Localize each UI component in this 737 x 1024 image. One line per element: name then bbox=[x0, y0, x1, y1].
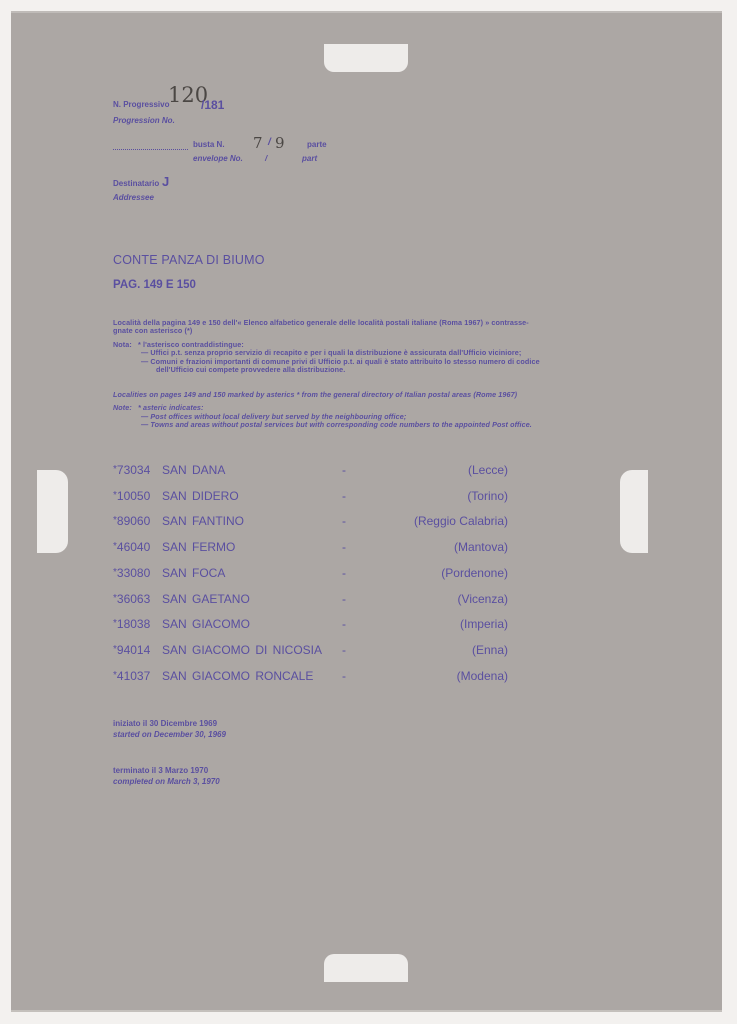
postal-code: *94014 bbox=[113, 643, 150, 657]
province: (Imperia) bbox=[460, 617, 508, 631]
addressee-label-en: Addressee bbox=[113, 193, 154, 202]
postal-code: *33080 bbox=[113, 566, 150, 580]
locality-row: *46040SAN FERMO-(Mantova) bbox=[113, 540, 508, 558]
start-date-en: started on December 30, 1969 bbox=[113, 729, 226, 740]
separator-dash: - bbox=[342, 617, 346, 631]
punch-notch-left bbox=[37, 470, 68, 553]
note-en-item2: — Towns and areas without postal service… bbox=[113, 421, 613, 429]
postal-code: *10050 bbox=[113, 489, 150, 503]
punch-notch-bottom bbox=[324, 954, 408, 982]
locality-row: *18038SAN GIACOMO-(Imperia) bbox=[113, 617, 508, 635]
locality-name: SAN DIDERO bbox=[162, 489, 239, 503]
separator-dash: - bbox=[342, 643, 346, 657]
note-it-label: Nota: bbox=[113, 340, 132, 349]
note-en-label: Note: bbox=[113, 403, 132, 412]
postal-code: *89060 bbox=[113, 514, 150, 528]
note-it-item2b: dell'Ufficio cui compete provvedere alla… bbox=[113, 366, 613, 374]
envelope-label-en: envelope No. bbox=[193, 154, 243, 163]
progressive-total: /181 bbox=[201, 98, 224, 112]
postal-code-value: 73034 bbox=[117, 463, 150, 477]
envelope-number: 7 bbox=[253, 134, 263, 152]
postal-code-value: 89060 bbox=[117, 514, 150, 528]
completion-date-it: terminato il 3 Marzo 1970 bbox=[113, 765, 220, 776]
separator-dash: - bbox=[342, 540, 346, 554]
addressee-label: Destinatario bbox=[113, 179, 159, 188]
locality-row: *10050SAN DIDERO-(Torino) bbox=[113, 489, 508, 507]
locality-name: SAN DANA bbox=[162, 463, 225, 477]
separator-dash: - bbox=[342, 669, 346, 683]
separator-dash: - bbox=[342, 463, 346, 477]
locality-row: *41037SAN GIACOMO RONCALE-(Modena) bbox=[113, 669, 508, 687]
separator-dash: - bbox=[342, 592, 346, 606]
province: (Enna) bbox=[472, 643, 508, 657]
document-title: CONTE PANZA DI BIUMO bbox=[113, 253, 265, 267]
locality-row: *36063SAN GAETANO-(Vicenza) bbox=[113, 592, 508, 610]
locality-name: SAN FERMO bbox=[162, 540, 235, 554]
separator-dash: - bbox=[342, 489, 346, 503]
postal-code-value: 10050 bbox=[117, 489, 150, 503]
province: (Modena) bbox=[457, 669, 508, 683]
intro-it-line2: gnate con asterisco (*) bbox=[113, 327, 613, 335]
postal-code: *41037 bbox=[113, 669, 150, 683]
progressive-label: N. Progressivo bbox=[113, 100, 169, 109]
intro-en-line1: Localities on pages 149 and 150 marked b… bbox=[113, 391, 613, 399]
envelope-slash-en: / bbox=[265, 154, 267, 163]
start-date: iniziato il 30 Dicembre 1969 started on … bbox=[113, 718, 226, 740]
postal-code: *18038 bbox=[113, 617, 150, 631]
intro-italian: Località della pagina 149 e 150 dell'« E… bbox=[113, 319, 613, 374]
pages-heading: PAG. 149 E 150 bbox=[113, 279, 196, 291]
postal-code: *36063 bbox=[113, 592, 150, 606]
province: (Mantova) bbox=[454, 540, 508, 554]
locality-row: *73034SAN DANA-(Lecce) bbox=[113, 463, 508, 481]
progressive-label-en: Progression No. bbox=[113, 116, 175, 125]
postal-code-value: 94014 bbox=[117, 643, 150, 657]
dotted-line bbox=[113, 149, 188, 150]
province: (Pordenone) bbox=[441, 566, 508, 580]
postal-code-value: 41037 bbox=[117, 669, 150, 683]
postal-code-value: 18038 bbox=[117, 617, 150, 631]
province: (Torino) bbox=[467, 489, 508, 503]
part-label-en: part bbox=[302, 154, 317, 163]
completion-date: terminato il 3 Marzo 1970 completed on M… bbox=[113, 765, 220, 787]
punch-notch-top bbox=[324, 44, 408, 72]
separator-dash: - bbox=[342, 514, 346, 528]
separator-dash: - bbox=[342, 566, 346, 580]
document-sheet: N. Progressivo 120 /181 Progression No. … bbox=[11, 13, 722, 1010]
postal-code-value: 36063 bbox=[117, 592, 150, 606]
locality-name: SAN GAETANO bbox=[162, 592, 250, 606]
locality-name: SAN GIACOMO RONCALE bbox=[162, 669, 313, 683]
postal-code: *73034 bbox=[113, 463, 150, 477]
locality-name: SAN GIACOMO DI NICOSIA bbox=[162, 643, 322, 657]
envelope-part-number: 9 bbox=[275, 134, 285, 152]
part-label: parte bbox=[307, 140, 327, 149]
locality-name: SAN FOCA bbox=[162, 566, 225, 580]
addressee-value: J bbox=[162, 174, 169, 189]
intro-english: Localities on pages 149 and 150 marked b… bbox=[113, 391, 613, 430]
postal-code: *46040 bbox=[113, 540, 150, 554]
locality-row: *33080SAN FOCA-(Pordenone) bbox=[113, 566, 508, 584]
envelope-label: busta N. bbox=[193, 140, 225, 149]
postal-code-value: 46040 bbox=[117, 540, 150, 554]
locality-name: SAN GIACOMO bbox=[162, 617, 250, 631]
completion-date-en: completed on March 3, 1970 bbox=[113, 776, 220, 787]
locality-row: *89060SAN FANTINO-(Reggio Calabria) bbox=[113, 514, 508, 532]
province: (Lecce) bbox=[468, 463, 508, 477]
province: (Vicenza) bbox=[458, 592, 508, 606]
locality-row: *94014SAN GIACOMO DI NICOSIA-(Enna) bbox=[113, 643, 508, 661]
start-date-it: iniziato il 30 Dicembre 1969 bbox=[113, 718, 226, 729]
punch-notch-right bbox=[620, 470, 648, 553]
province: (Reggio Calabria) bbox=[414, 514, 508, 528]
postal-code-value: 33080 bbox=[117, 566, 150, 580]
envelope-slash: / bbox=[268, 137, 271, 148]
locality-name: SAN FANTINO bbox=[162, 514, 244, 528]
